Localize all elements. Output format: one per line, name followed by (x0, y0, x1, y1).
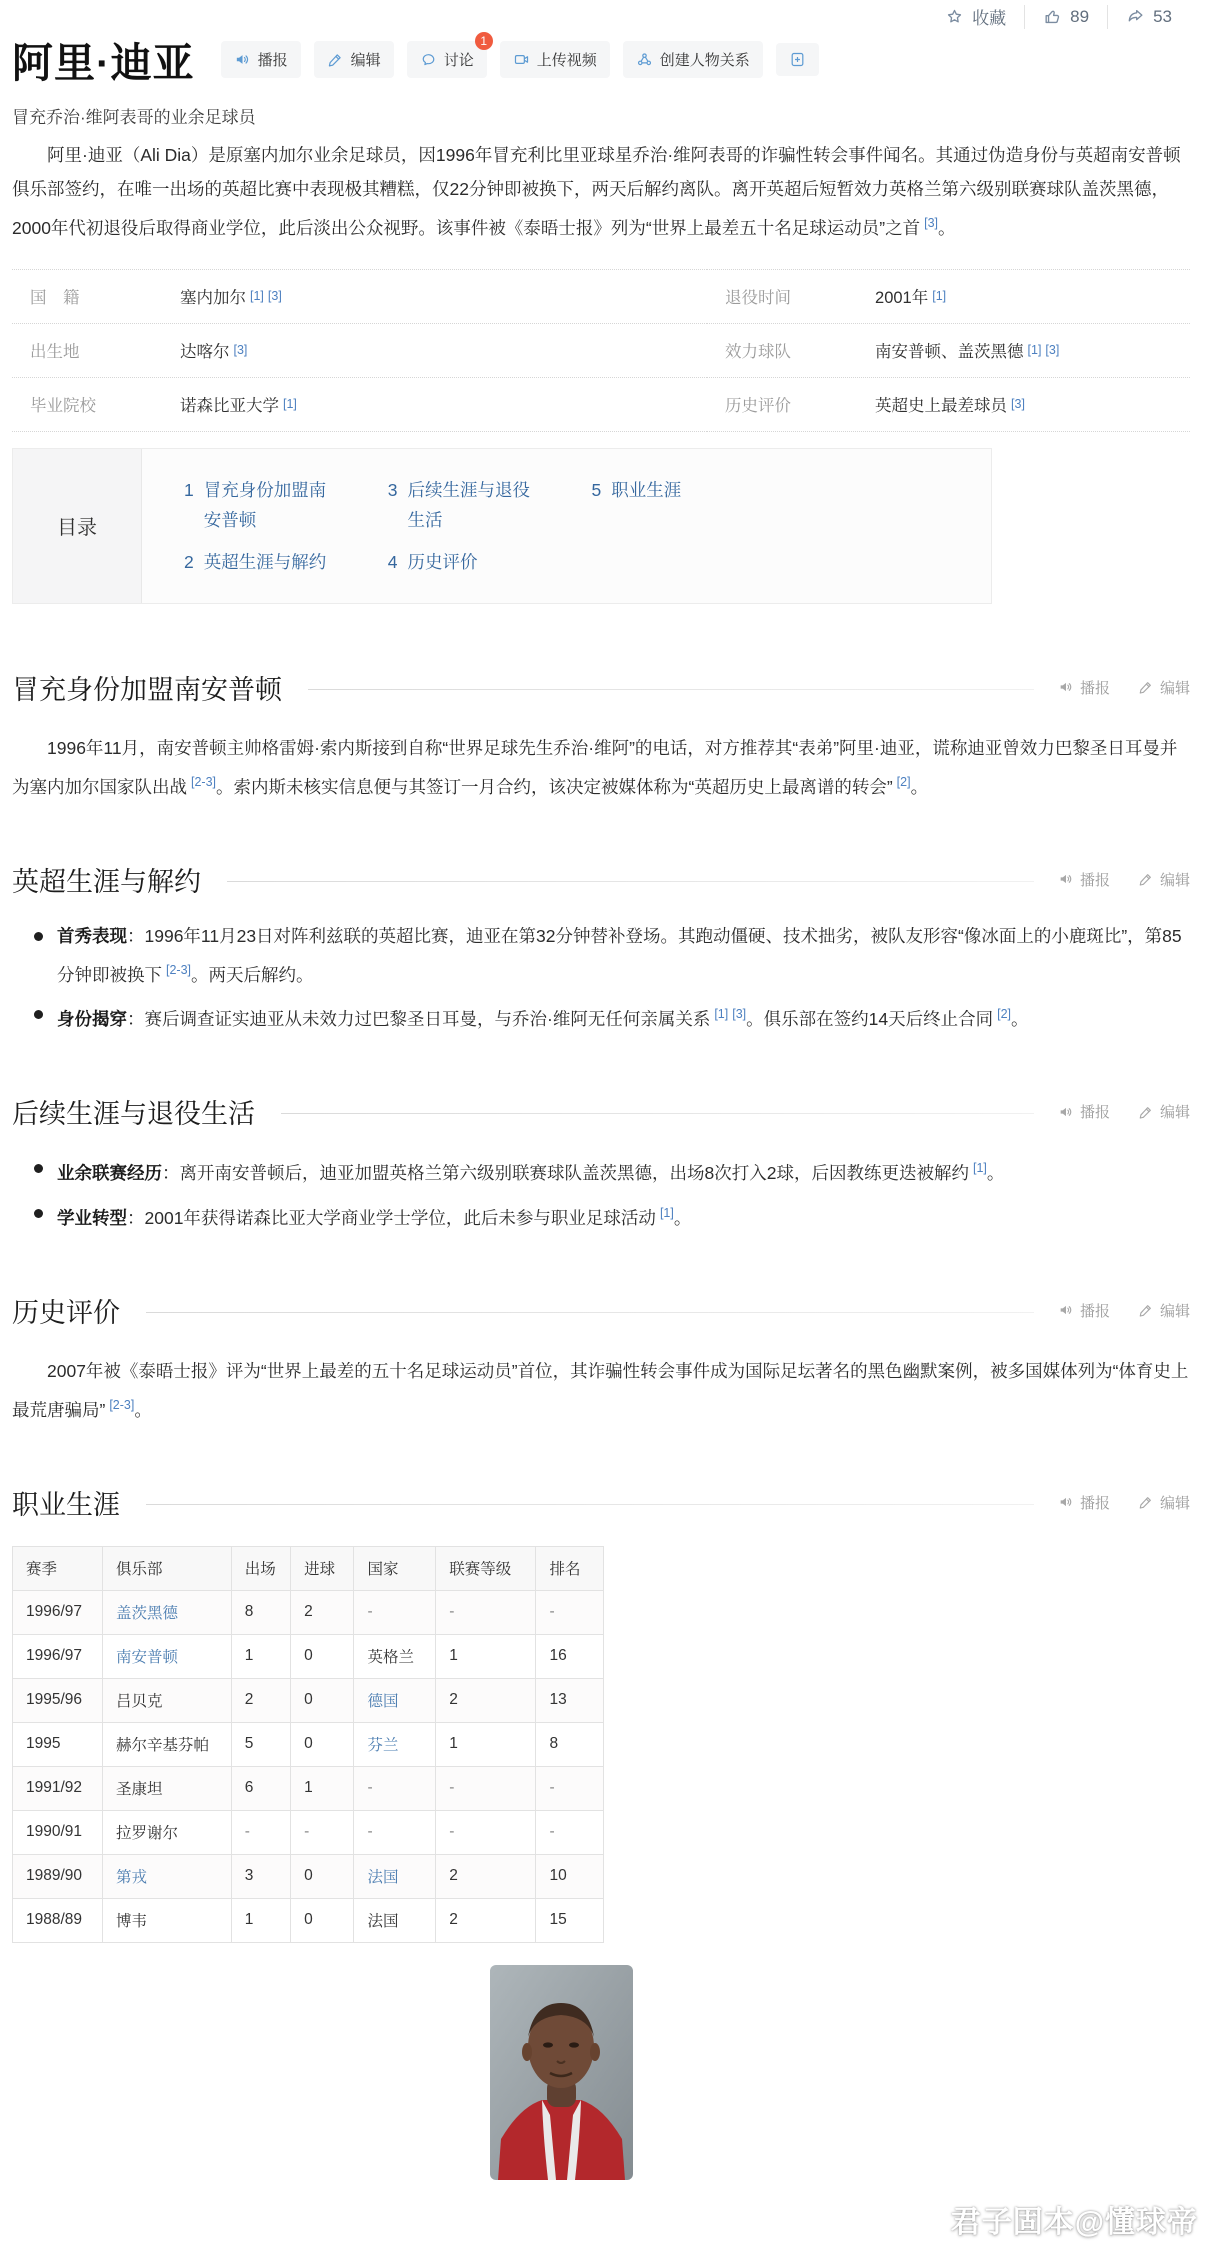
cell-value: 8 (549, 1735, 558, 1752)
text-run: 。 (911, 777, 929, 797)
bullet-lead: 身份揭穿 (57, 1009, 127, 1029)
table-row: 1990/91拉罗谢尔----- (13, 1810, 604, 1854)
upload-video-button[interactable]: 上传视频 (500, 41, 610, 78)
table-cell: 10 (536, 1854, 604, 1898)
cell-value: - (549, 1603, 554, 1620)
section: 冒充身份加盟南安普顿播报编辑1996年11月，南安普顿主帅格雷姆·索内斯接到自称… (12, 668, 1190, 804)
section-divider-line (146, 1504, 1034, 1505)
toc-column: 3后续生涯与退役生活4历史评价 (388, 475, 536, 577)
table-cell: 1995/96 (13, 1678, 103, 1722)
portrait-illustration (490, 1965, 633, 2180)
section-paragraph: 1996年11月，南安普顿主帅格雷姆·索内斯接到自称“世界足球先生乔治·维阿”的… (12, 731, 1190, 804)
infobox-label: 历史评价 (707, 392, 875, 416)
cell-value: 15 (549, 1911, 566, 1928)
top-stats-bar: 收藏8953 (927, 2, 1190, 31)
bullet-lead: 学业转型 (57, 1208, 127, 1228)
table-cell: 1995 (13, 1722, 103, 1766)
table-cell: 博韦 (102, 1898, 231, 1942)
toc-item-3[interactable]: 3后续生涯与退役生活 (388, 475, 536, 535)
cell-value: 2 (245, 1691, 254, 1708)
table-cell: 3 (231, 1854, 290, 1898)
pencil-icon (1138, 1302, 1154, 1318)
club-link[interactable]: 第戎 (116, 1869, 147, 1886)
toc-item-number: 4 (388, 547, 398, 577)
toc-item-number: 5 (591, 475, 601, 505)
table-cell: - (436, 1810, 536, 1854)
pencil-icon (1138, 1494, 1154, 1510)
cell-value: 0 (304, 1867, 313, 1884)
section-tools: 播报编辑 (1058, 677, 1190, 698)
infobox-value: 2001年 (875, 284, 928, 308)
section-broadcast-button-label: 播报 (1080, 869, 1110, 890)
text-run: 。索内斯未核实信息便与其签订一月合约，该决定被媒体称为“英超历史上最离谱的转会” (216, 777, 893, 797)
baike-page: 收藏8953 阿里·迪亚 播报编辑讨论1上传视频创建人物关系 冒充乔治·维阿表哥… (0, 0, 1220, 2249)
reference-link[interactable]: [3] (924, 216, 938, 230)
video-camera-icon (513, 51, 530, 68)
section-edit-button-label: 编辑 (1160, 1101, 1190, 1122)
cell-value: 1 (245, 1647, 254, 1664)
reference-link[interactable]: [2-3] (191, 775, 216, 789)
cell-value: 圣康坦 (116, 1781, 163, 1798)
toc-label: 目录 (13, 449, 142, 603)
page-subtitle: 冒充乔治·维阿表哥的业余足球员 (12, 103, 1220, 128)
cell-value: 1 (449, 1647, 458, 1664)
header-action-bar: 播报编辑讨论1上传视频创建人物关系 (221, 41, 819, 78)
toc-item-number: 1 (184, 475, 194, 535)
section-edit-button[interactable]: 编辑 (1138, 869, 1190, 890)
page-title: 阿里·迪亚 (12, 30, 195, 89)
table-cell: - (536, 1766, 604, 1810)
table-row: 1991/92圣康坦61--- (13, 1766, 604, 1810)
chat-icon (420, 51, 437, 68)
thumb-up-icon (1043, 7, 1062, 26)
table-cell: - (536, 1810, 604, 1854)
reference-link[interactable]: [1] (714, 1007, 728, 1021)
table-header-row: 赛季俱乐部出场进球国家联赛等级排名 (13, 1546, 604, 1590)
table-cell: 1990/91 (13, 1810, 103, 1854)
share-button-label: 53 (1153, 7, 1172, 27)
section-edit-button[interactable]: 编辑 (1138, 1300, 1190, 1321)
country-link[interactable]: 法国 (367, 1869, 398, 1886)
text-run: 。 (674, 1208, 692, 1228)
toc-item-5[interactable]: 5职业生涯 (591, 475, 739, 505)
intro-paragraph: 阿里·迪亚（Ali Dia）是原塞内加尔业余足球员，因1996年冒充利比里亚球星… (12, 138, 1190, 245)
cell-value: 赫尔辛基芬帕 (116, 1737, 209, 1754)
cell-value: 5 (245, 1735, 254, 1752)
table-cell: - (231, 1810, 290, 1854)
section-paragraph: 2007年被《泰晤士报》评为“世界上最差的五十名足球运动员”首位，其诈骗性转会事… (12, 1354, 1190, 1427)
infobox: 国 籍塞内加尔[1][3]退役时间2001年[1]出生地达喀尔[3]效力球队南安… (12, 269, 1190, 432)
table-cell: 1991/92 (13, 1766, 103, 1810)
table-cell: 法国 (354, 1854, 436, 1898)
reference-link[interactable]: [2] (897, 775, 911, 789)
discuss-button-label: 讨论 (444, 49, 474, 70)
table-cell: 2 (436, 1854, 536, 1898)
infobox-cell: 毕业院校诺森比亚大学[1] (12, 378, 707, 432)
section-broadcast-button-label: 播报 (1080, 677, 1110, 698)
bullet-lead: 业余联赛经历 (57, 1163, 162, 1183)
cell-value: 1995/96 (26, 1691, 82, 1708)
column-header: 俱乐部 (102, 1546, 231, 1590)
section-broadcast-button-label: 播报 (1080, 1101, 1110, 1122)
section-tools: 播报编辑 (1058, 1300, 1190, 1321)
table-cell: 6 (231, 1766, 290, 1810)
pencil-icon (1138, 679, 1154, 695)
section-edit-button-label: 编辑 (1160, 869, 1190, 890)
cell-value: 1 (449, 1735, 458, 1752)
text-run: 。 (1011, 1009, 1029, 1029)
club-link[interactable]: 盖茨黑德 (116, 1605, 178, 1622)
section-header: 后续生涯与退役生活播报编辑 (12, 1092, 1190, 1131)
text-run: 。 (938, 218, 956, 238)
cell-value: 吕贝克 (116, 1693, 163, 1710)
cell-value: 法国 (367, 1913, 398, 1930)
bullet-dot (34, 1164, 43, 1173)
cell-value: 2 (449, 1691, 458, 1708)
toc-column: 5职业生涯 (591, 475, 739, 577)
cell-value: 1 (245, 1911, 254, 1928)
table-cell: 拉罗谢尔 (102, 1810, 231, 1854)
infobox-cell: 历史评价英超史上最差球员[3] (707, 378, 1190, 432)
infobox-value: 塞内加尔 (180, 284, 246, 308)
bullet-item: 学业转型：2001年获得诺森比亚大学商业学士学位，此后未参与职业足球活动[1]。 (12, 1196, 1190, 1235)
toc-item-2[interactable]: 2英超生涯与解约 (184, 547, 332, 577)
relation-icon (636, 51, 653, 68)
bullet-content: 学业转型：2001年获得诺森比亚大学商业学士学位，此后未参与职业足球活动[1]。 (57, 1196, 1190, 1235)
table-cell: 盖茨黑德 (102, 1590, 231, 1634)
reference-link[interactable]: [3] (234, 343, 248, 357)
section-broadcast-button-label: 播报 (1080, 1300, 1110, 1321)
text-run: 。两天后解约。 (191, 964, 314, 984)
cell-value: - (549, 1779, 554, 1796)
infobox-cell: 出生地达喀尔[3] (12, 324, 707, 378)
broadcast-button-label: 播报 (258, 49, 288, 70)
broadcast-button[interactable]: 播报 (221, 41, 301, 78)
section: 职业生涯播报编辑赛季俱乐部出场进球国家联赛等级排名1996/97盖茨黑德82--… (12, 1483, 1190, 1943)
cell-value: 1995 (26, 1735, 60, 1752)
table-of-contents: 目录 1冒充身份加盟南安普顿2英超生涯与解约3后续生涯与退役生活4历史评价5职业… (12, 448, 992, 604)
table-cell: 1 (231, 1898, 290, 1942)
infobox-value: 诺森比亚大学 (180, 392, 279, 416)
add-button[interactable] (776, 43, 819, 76)
portrait-photo (490, 1965, 633, 2180)
pencil-icon (1138, 871, 1154, 887)
table-cell: 2 (231, 1678, 290, 1722)
cell-value: 英格兰 (367, 1649, 414, 1666)
section-tools: 播报编辑 (1058, 1492, 1190, 1513)
cell-value: 1 (304, 1779, 313, 1796)
reference-link[interactable]: [2-3] (109, 1398, 134, 1412)
table-cell: 第戎 (102, 1854, 231, 1898)
infobox-value: 英超史上最差球员 (875, 392, 1007, 416)
section: 后续生涯与退役生活播报编辑业余联赛经历：离开南安普顿后，迪亚加盟英格兰第六级别联… (12, 1092, 1190, 1235)
watermark: 君子固本@懂球帝 (951, 2197, 1198, 2241)
speaker-icon (1058, 679, 1074, 695)
cell-value: 1988/89 (26, 1911, 82, 1928)
share-button[interactable]: 53 (1107, 5, 1190, 29)
upload-video-button-label: 上传视频 (537, 49, 597, 70)
table-cell: 英格兰 (354, 1634, 436, 1678)
infobox-label: 国 籍 (12, 284, 180, 308)
text-run: 。 (134, 1400, 152, 1420)
toc-items: 1冒充身份加盟南安普顿2英超生涯与解约3后续生涯与退役生活4历史评价5职业生涯 (142, 449, 991, 603)
cell-value: 1989/90 (26, 1867, 82, 1884)
cell-value: 8 (245, 1603, 254, 1620)
table-cell: - (291, 1810, 354, 1854)
table-cell: 1988/89 (13, 1898, 103, 1942)
table-cell: 0 (291, 1678, 354, 1722)
section-edit-button[interactable]: 编辑 (1138, 1492, 1190, 1513)
reference-link[interactable]: [2] (997, 1007, 1011, 1021)
share-icon (1126, 7, 1145, 26)
speaker-icon (1058, 871, 1074, 887)
column-header: 排名 (536, 1546, 604, 1590)
section-header: 英超生涯与解约播报编辑 (12, 860, 1190, 899)
toc-item-1[interactable]: 1冒充身份加盟南安普顿 (184, 475, 332, 535)
section-header: 历史评价播报编辑 (12, 1291, 1190, 1330)
section-divider-line (281, 1113, 1034, 1114)
infobox-cell: 国 籍塞内加尔[1][3] (12, 269, 707, 324)
table-cell: 0 (291, 1854, 354, 1898)
bullet-content: 身份揭穿：赛后调查证实迪亚从未效力过巴黎圣日耳曼，与乔治·维阿无任何亲属关系[1… (57, 997, 1190, 1036)
reference-link[interactable]: [1] (932, 289, 946, 303)
pencil-icon (327, 51, 344, 68)
bullet-dot (34, 1010, 43, 1019)
bullet-dot (34, 932, 43, 941)
cell-value: 拉罗谢尔 (116, 1825, 178, 1842)
reference-link[interactable]: [3] (268, 289, 282, 303)
toc-item-label: 英超生涯与解约 (204, 547, 332, 577)
table-cell: - (354, 1590, 436, 1634)
table-cell: 5 (231, 1722, 290, 1766)
cell-value: - (367, 1779, 372, 1796)
infobox-value: 南安普顿、盖茨黑德 (875, 338, 1024, 362)
section-divider-line (146, 1312, 1034, 1313)
cell-value: 博韦 (116, 1913, 147, 1930)
reference-link[interactable]: [1] (1028, 343, 1042, 357)
cell-value: 1996/97 (26, 1647, 82, 1664)
cell-value: 16 (549, 1647, 566, 1664)
column-header: 国家 (354, 1546, 436, 1590)
plus-icon (789, 51, 806, 68)
text-run: 。 (987, 1163, 1005, 1183)
country-link[interactable]: 芬兰 (367, 1737, 398, 1754)
cell-value: - (245, 1823, 250, 1840)
section-broadcast-button[interactable]: 播报 (1058, 1101, 1110, 1122)
section: 英超生涯与解约播报编辑首秀表现：1996年11月23日对阵利兹联的英超比赛，迪亚… (12, 860, 1190, 1037)
table-cell: 8 (231, 1590, 290, 1634)
table-cell: 2 (436, 1678, 536, 1722)
section: 历史评价播报编辑2007年被《泰晤士报》评为“世界上最差的五十名足球运动员”首位… (12, 1291, 1190, 1427)
section-broadcast-button[interactable]: 播报 (1058, 1492, 1110, 1513)
infobox-label: 毕业院校 (12, 392, 180, 416)
cell-value: - (549, 1823, 554, 1840)
cell-value: - (304, 1823, 309, 1840)
table-cell: 13 (536, 1678, 604, 1722)
toc-column: 1冒充身份加盟南安普顿2英超生涯与解约 (184, 475, 332, 577)
bullet-dot (34, 1209, 43, 1218)
edit-button[interactable]: 编辑 (314, 41, 394, 78)
cell-value: - (449, 1603, 454, 1620)
toc-item-label: 冒充身份加盟南安普顿 (204, 475, 332, 535)
table-cell: 1989/90 (13, 1854, 103, 1898)
reference-link[interactable]: [3] (1045, 343, 1059, 357)
speaker-icon (234, 51, 251, 68)
cell-value: 2 (304, 1603, 313, 1620)
toc-item-number: 3 (388, 475, 398, 535)
reference-link[interactable]: [2-3] (166, 963, 191, 977)
career-table: 赛季俱乐部出场进球国家联赛等级排名1996/97盖茨黑德82---1996/97… (12, 1546, 604, 1943)
section-divider-line (308, 689, 1034, 690)
cell-value: 1991/92 (26, 1779, 82, 1796)
favorite-button-label: 收藏 (972, 4, 1006, 29)
create-relation-button-label: 创建人物关系 (660, 49, 750, 70)
toc-item-label: 职业生涯 (611, 475, 739, 505)
column-header: 进球 (291, 1546, 354, 1590)
reference-link[interactable]: [1] (660, 1206, 674, 1220)
bullet-item: 身份揭穿：赛后调查证实迪亚从未效力过巴黎圣日耳曼，与乔治·维阿无任何亲属关系[1… (12, 997, 1190, 1036)
section-title: 职业生涯 (12, 1483, 120, 1522)
section-edit-button[interactable]: 编辑 (1138, 1101, 1190, 1122)
table-row: 1989/90第戎30法国210 (13, 1854, 604, 1898)
table-row: 1995赫尔辛基芬帕50芬兰18 (13, 1722, 604, 1766)
section-broadcast-button-label: 播报 (1080, 1492, 1110, 1513)
section-broadcast-button[interactable]: 播报 (1058, 1300, 1110, 1321)
reference-link[interactable]: [1] (283, 397, 297, 411)
star-icon (945, 7, 964, 26)
table-cell: 1996/97 (13, 1634, 103, 1678)
table-row: 1988/89博韦10法国215 (13, 1898, 604, 1942)
cell-value: - (367, 1603, 372, 1620)
table-row: 1995/96吕贝克20德国213 (13, 1678, 604, 1722)
section-edit-button[interactable]: 编辑 (1138, 677, 1190, 698)
speaker-icon (1058, 1104, 1074, 1120)
section-edit-button-label: 编辑 (1160, 1300, 1190, 1321)
create-relation-button[interactable]: 创建人物关系 (623, 41, 763, 78)
reference-link[interactable]: [3] (1011, 397, 1025, 411)
cell-value: 1996/97 (26, 1603, 82, 1620)
country-link[interactable]: 德国 (367, 1693, 398, 1710)
speaker-icon (1058, 1494, 1074, 1510)
section-broadcast-button[interactable]: 播报 (1058, 869, 1110, 890)
section-header: 冒充身份加盟南安普顿播报编辑 (12, 668, 1190, 707)
text-run: 阿里·迪亚（Ali Dia）是原塞内加尔业余足球员，因1996年冒充利比里亚球星… (12, 145, 1181, 238)
section-edit-button-label: 编辑 (1160, 1492, 1190, 1513)
reference-link[interactable]: [3] (732, 1007, 746, 1021)
table-cell: 1 (436, 1722, 536, 1766)
table-cell: 圣康坦 (102, 1766, 231, 1810)
text-run: ：2001年获得诺森比亚大学商业学士学位，此后未参与职业足球活动 (127, 1208, 656, 1228)
favorite-button[interactable]: 收藏 (927, 2, 1024, 31)
section-title: 冒充身份加盟南安普顿 (12, 668, 282, 707)
infobox-cell: 效力球队南安普顿、盖茨黑德[1][3] (707, 324, 1190, 378)
table-cell: 8 (536, 1722, 604, 1766)
cell-value: - (449, 1823, 454, 1840)
infobox-label: 效力球队 (707, 338, 875, 362)
toc-item-label: 后续生涯与退役生活 (407, 475, 535, 535)
table-cell: - (536, 1590, 604, 1634)
club-link[interactable]: 南安普顿 (116, 1649, 178, 1666)
table-cell: 德国 (354, 1678, 436, 1722)
infobox-label: 退役时间 (707, 284, 875, 308)
cell-value: 0 (304, 1735, 313, 1752)
notification-badge: 1 (475, 32, 493, 50)
section-broadcast-button[interactable]: 播报 (1058, 677, 1110, 698)
table-cell: 2 (436, 1898, 536, 1942)
infobox-label: 出生地 (12, 338, 180, 362)
table-cell: 南安普顿 (102, 1634, 231, 1678)
section-edit-button-label: 编辑 (1160, 677, 1190, 698)
bullet-lead: 首秀表现 (57, 926, 127, 946)
table-cell: - (436, 1590, 536, 1634)
table-row: 1996/97南安普顿10英格兰116 (13, 1634, 604, 1678)
bullet-content: 首秀表现：1996年11月23日对阵利兹联的英超比赛，迪亚在第32分钟替补登场。… (57, 919, 1190, 992)
cell-value: - (367, 1823, 372, 1840)
cell-value: 13 (549, 1691, 566, 1708)
column-header: 出场 (231, 1546, 290, 1590)
cell-value: - (449, 1779, 454, 1796)
text-run: 2007年被《泰晤士报》评为“世界上最差的五十名足球运动员”首位，其诈骗性转会事… (12, 1361, 1188, 1420)
reference-link[interactable]: [1] (250, 289, 264, 303)
cell-value: 0 (304, 1911, 313, 1928)
table-cell: 0 (291, 1898, 354, 1942)
reference-link[interactable]: [1] (973, 1161, 987, 1175)
table-cell: 1 (436, 1634, 536, 1678)
cell-value: 1990/91 (26, 1823, 82, 1840)
toc-item-label: 历史评价 (407, 547, 535, 577)
section-title: 英超生涯与解约 (12, 860, 201, 899)
cell-value: 2 (449, 1911, 458, 1928)
cell-value: 2 (449, 1867, 458, 1884)
section-title: 后续生涯与退役生活 (12, 1092, 255, 1131)
bullet-item: 业余联赛经历：离开南安普顿后，迪亚加盟英格兰第六级别联赛球队盖茨黑德，出场8次打… (12, 1151, 1190, 1190)
table-cell: 16 (536, 1634, 604, 1678)
bullet-list: 首秀表现：1996年11月23日对阵利兹联的英超比赛，迪亚在第32分钟替补登场。… (12, 919, 1190, 1037)
text-run: ：离开南安普顿后，迪亚加盟英格兰第六级别联赛球队盖茨黑德，出场8次打入2球，后因… (162, 1163, 969, 1183)
table-cell: 2 (291, 1590, 354, 1634)
cell-value: 0 (304, 1647, 313, 1664)
cell-value: 6 (245, 1779, 254, 1796)
table-cell: 赫尔辛基芬帕 (102, 1722, 231, 1766)
infobox-value: 达喀尔 (180, 338, 230, 362)
column-header: 赛季 (13, 1546, 103, 1590)
table-cell: 1 (231, 1634, 290, 1678)
table-cell: 芬兰 (354, 1722, 436, 1766)
bullet-list: 业余联赛经历：离开南安普顿后，迪亚加盟英格兰第六级别联赛球队盖茨黑德，出场8次打… (12, 1151, 1190, 1235)
edit-button-label: 编辑 (351, 49, 381, 70)
table-row: 1996/97盖茨黑德82--- (13, 1590, 604, 1634)
cell-value: 10 (549, 1867, 566, 1884)
table-cell: 吕贝克 (102, 1678, 231, 1722)
text-run: 。俱乐部在签约14天后终止合同 (746, 1009, 993, 1029)
like-button[interactable]: 89 (1024, 5, 1107, 29)
table-cell: 0 (291, 1634, 354, 1678)
bullet-item: 首秀表现：1996年11月23日对阵利兹联的英超比赛，迪亚在第32分钟替补登场。… (12, 919, 1190, 992)
table-cell: 0 (291, 1722, 354, 1766)
article-sections: 冒充身份加盟南安普顿播报编辑1996年11月，南安普顿主帅格雷姆·索内斯接到自称… (12, 668, 1190, 1943)
cell-value: 3 (245, 1867, 254, 1884)
table-cell: 15 (536, 1898, 604, 1942)
like-button-label: 89 (1070, 7, 1089, 27)
table-cell: - (354, 1810, 436, 1854)
section-divider-line (227, 881, 1034, 882)
toc-item-4[interactable]: 4历史评价 (388, 547, 536, 577)
text-run: ：赛后调查证实迪亚从未效力过巴黎圣日耳曼，与乔治·维阿无任何亲属关系 (127, 1009, 710, 1029)
table-cell: 1 (291, 1766, 354, 1810)
bullet-content: 业余联赛经历：离开南安普顿后，迪亚加盟英格兰第六级别联赛球队盖茨黑德，出场8次打… (57, 1151, 1190, 1190)
speaker-icon (1058, 1302, 1074, 1318)
discuss-button[interactable]: 讨论1 (407, 41, 487, 78)
